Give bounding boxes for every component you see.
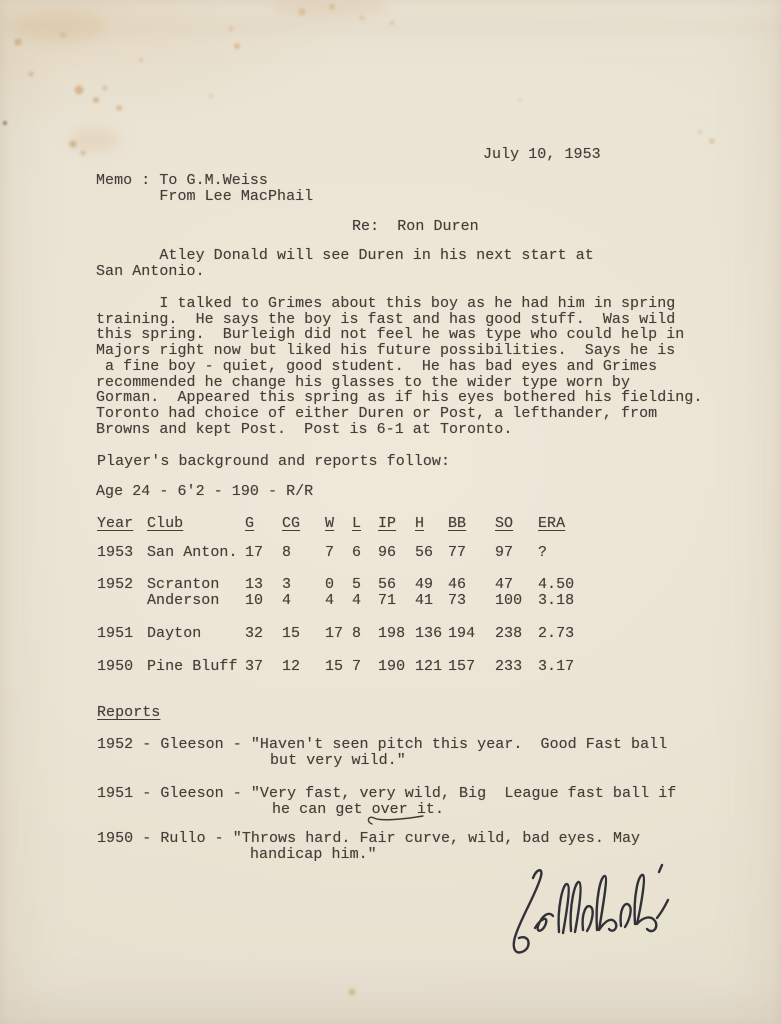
col-header-era: ERA: [538, 516, 565, 532]
col-header-h: H: [415, 516, 424, 532]
stat-h: 121: [415, 659, 442, 675]
stat-bb: 157: [448, 659, 475, 675]
stat-so: 97: [495, 545, 513, 561]
scouting-paragraph: I talked to Grimes about this boy as he …: [96, 296, 702, 437]
stat-g: 32: [245, 626, 263, 642]
stat-ip: 56: [378, 577, 396, 593]
stat-ip: 198: [378, 626, 405, 642]
hand-underlined-word: over: [372, 802, 408, 818]
stat-cg: 3: [282, 577, 291, 593]
stats-row-1952-scranton: 1952 Scranton 13 3 0 5 56 49 46 47 4.50: [97, 577, 588, 593]
report-1950-line1: 1950 - Rullo - "Throws hard. Fair curve,…: [97, 831, 640, 847]
stats-row-1953: 1953 San Anton. 17 8 7 6 96 56 77 97 ?: [97, 545, 588, 561]
stat-g: 13: [245, 577, 263, 593]
background-intro: Player's background and reports follow:: [97, 454, 450, 470]
stat-l: 7: [352, 659, 361, 675]
report-1951-intro: 1951 - Gleeson -: [97, 785, 251, 802]
stat-g: 17: [245, 545, 263, 561]
stat-cg: 15: [282, 626, 300, 642]
stats-header-row: Year Club G CG W L IP H BB SO ERA: [97, 516, 588, 532]
lee-macphail-signature: [497, 858, 672, 963]
stat-cg: 12: [282, 659, 300, 675]
stat-year: 1950: [97, 659, 133, 675]
report-1951-line1: 1951 - Gleeson - "Very fast, very wild, …: [97, 786, 676, 802]
stat-so: 233: [495, 659, 522, 675]
stat-l: 8: [352, 626, 361, 642]
opening-paragraph: Atley Donald will see Duren in his next …: [96, 248, 594, 281]
stat-h: 56: [415, 545, 433, 561]
stat-bb: 194: [448, 626, 475, 642]
col-header-w: W: [325, 516, 334, 532]
memo-date: July 10, 1953: [483, 147, 601, 163]
stat-ip: 190: [378, 659, 405, 675]
report-1950-quote: "Throws hard. Fair curve, wild, bad eyes…: [233, 830, 640, 847]
report-1952-intro: 1952 - Gleeson -: [97, 736, 251, 753]
report-1952-line2: but very wild.": [270, 753, 406, 769]
report-1950-line2: handicap him.": [250, 847, 377, 863]
stats-row-1952-anderson: Anderson 10 4 4 4 71 41 73 100 3.18: [97, 593, 588, 609]
stat-club: Pine Bluff: [147, 659, 238, 675]
stat-so: 47: [495, 577, 513, 593]
stat-so: 238: [495, 626, 522, 642]
stat-club: Anderson: [147, 593, 219, 609]
col-header-l: L: [352, 516, 361, 532]
stat-bb: 46: [448, 577, 466, 593]
report-1952-line1: 1952 - Gleeson - "Haven't seen pitch thi…: [97, 737, 667, 753]
stat-era: 2.73: [538, 626, 574, 642]
stat-club: Scranton: [147, 577, 219, 593]
col-header-club: Club: [147, 516, 183, 532]
stat-g: 10: [245, 593, 263, 609]
report-1952-quote: "Haven't seen pitch this year. Good Fast…: [251, 736, 667, 753]
stat-w: 4: [325, 593, 334, 609]
stat-club: San Anton.: [147, 545, 238, 561]
stat-era: 3.18: [538, 593, 574, 609]
memo-subject: Re: Ron Duren: [352, 219, 479, 235]
reports-heading: Reports: [97, 705, 160, 721]
hand-underline-stroke: [366, 813, 426, 826]
memo-document: July 10, 1953 Memo : To G.M.Weiss From L…: [0, 0, 781, 1024]
col-header-ip: IP: [378, 516, 396, 532]
col-header-bb: BB: [448, 516, 466, 532]
stat-era: ?: [538, 545, 547, 561]
stats-row-1951: 1951 Dayton 32 15 17 8 198 136 194 238 2…: [97, 626, 588, 642]
stat-cg: 4: [282, 593, 291, 609]
stat-so: 100: [495, 593, 522, 609]
stat-year: 1951: [97, 626, 133, 642]
stat-bb: 73: [448, 593, 466, 609]
stat-year: 1952: [97, 577, 133, 593]
stat-l: 5: [352, 577, 361, 593]
stat-bb: 77: [448, 545, 466, 561]
col-header-cg: CG: [282, 516, 300, 532]
stat-h: 49: [415, 577, 433, 593]
player-vitals: Age 24 - 6'2 - 190 - R/R: [96, 484, 313, 500]
stat-year: 1953: [97, 545, 133, 561]
stat-h: 136: [415, 626, 442, 642]
memo-header: Memo : To G.M.Weiss From Lee MacPhail: [96, 173, 313, 206]
stat-w: 17: [325, 626, 343, 642]
report-1951-quote: "Very fast, very wild, Big League fast b…: [251, 785, 676, 802]
stat-w: 7: [325, 545, 334, 561]
col-header-g: G: [245, 516, 254, 532]
report-1950-intro: 1950 - Rullo -: [97, 830, 233, 847]
stat-ip: 96: [378, 545, 396, 561]
stat-l: 4: [352, 593, 361, 609]
stat-g: 37: [245, 659, 263, 675]
stat-w: 0: [325, 577, 334, 593]
stat-ip: 71: [378, 593, 396, 609]
report-1951-line2: he can get over it.: [272, 802, 444, 818]
stat-l: 6: [352, 545, 361, 561]
stats-row-1950: 1950 Pine Bluff 37 12 15 7 190 121 157 2…: [97, 659, 588, 675]
col-header-year: Year: [97, 516, 133, 532]
stat-club: Dayton: [147, 626, 201, 642]
stat-era: 4.50: [538, 577, 574, 593]
col-header-so: SO: [495, 516, 513, 532]
stat-era: 3.17: [538, 659, 574, 675]
stat-h: 41: [415, 593, 433, 609]
stat-cg: 8: [282, 545, 291, 561]
stat-w: 15: [325, 659, 343, 675]
